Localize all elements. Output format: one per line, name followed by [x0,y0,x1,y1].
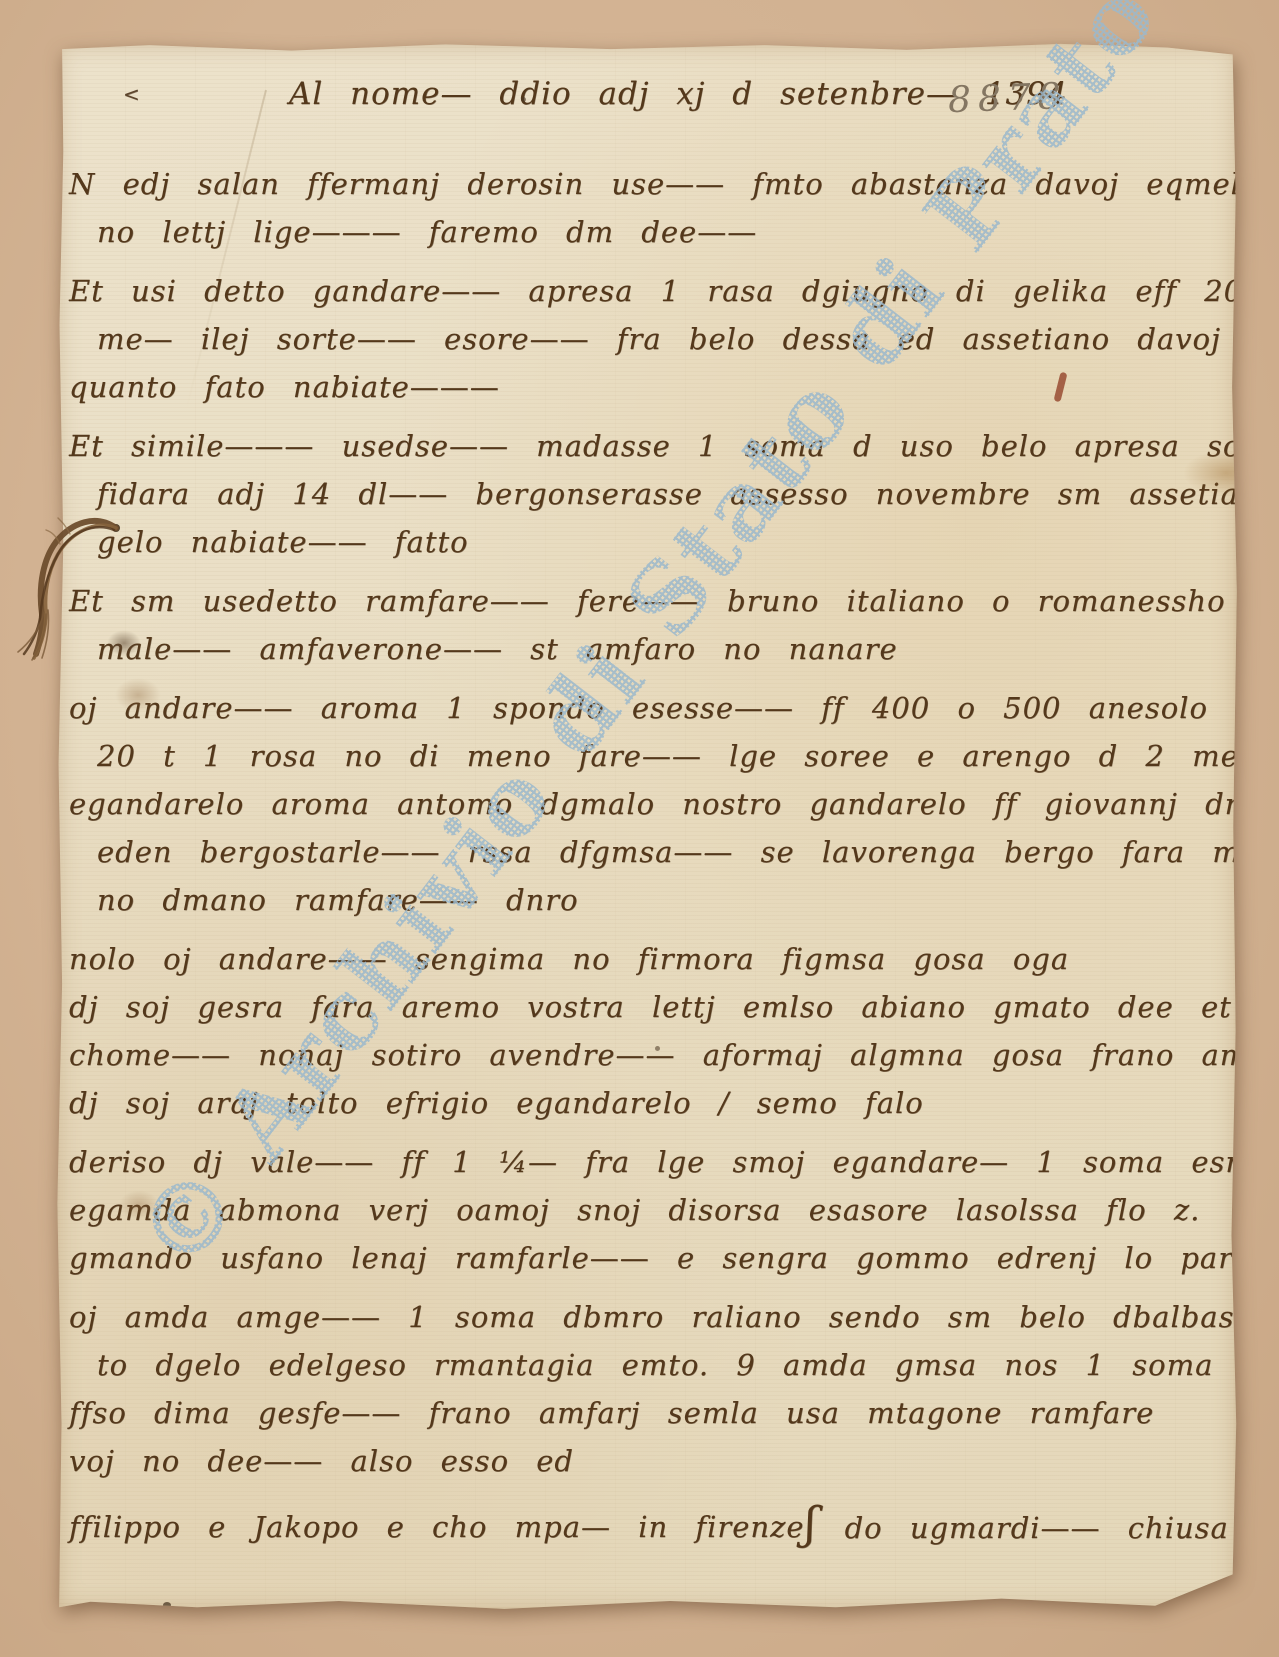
letter-lines: N edj salan ffermanj derosin use—— fmto … [69,160,1214,1485]
handwritten-line-text: quanto fato nabiate——— [69,370,500,404]
handwritten-line-text: egandarelo aroma antomo dgmalo nostro ga… [69,787,1279,821]
handwritten-line-text: to dgelo edelgeso rmantagia emto. 9 amda… [97,1348,1279,1382]
handwritten-line: eden bergostarle—— rssa dfgmsa—— se lavo… [69,828,1214,876]
handwritten-line: dj soj gesra fara aremo vostra lettj eml… [69,983,1214,1031]
handwritten-line-text: voj no dee—— also esso ed [69,1444,574,1478]
handwritten-line: 20 t 1 rosa no di meno fare—— lge soree … [69,732,1214,780]
handwritten-line-text: no lettj lige——— faremo dm dee—— [97,215,757,249]
handwritten-line-text: Et usi detto gandare—— apresa 1 rasa dgi… [69,274,1279,308]
handwritten-line-text: oj andare—— aroma 1 spondo esesse—— ff 4… [69,691,1279,725]
sender-name: ffilippo e Jakopo e cho mpa— in firenze [69,1503,805,1552]
ink-speck [655,1046,660,1051]
handwritten-line-text: 20 t 1 rosa no di meno fare—— lge soree … [97,739,1265,773]
closing-note-text: do ugmardi—— chiusa adj 12 ottobre [845,1511,1279,1545]
letter-closing-line: ffilippo e Jakopo e cho mpa— in firenze … [69,1503,1214,1552]
handwritten-line-text: male—— amfaverone—— st amfaro no nanare [97,632,898,666]
edge-discoloration [1251,338,1279,422]
handwritten-line: quanto fato nabiate——— [69,363,1214,411]
brown-spot [115,678,161,712]
handwritten-line-text: oj amda amge—— 1 soma dbmro raliano send… [69,1300,1269,1334]
handwritten-line-text: nolo oj andare—— sengima no firmora figm… [69,942,1069,976]
handwritten-line: no lettj lige——— faremo dm dee—— [69,208,1214,256]
handwritten-line: voj no dee—— also esso ed [69,1437,1214,1485]
manuscript-paper: < Al nome— ddio adj xj d setenbre— 1394 … [55,42,1238,1612]
handwritten-line-text: eden bergostarle—— rssa dfgmsa—— se lavo… [97,835,1279,869]
handwritten-line: nolo oj andare—— sengima no firmora figm… [69,935,1214,983]
pinhole [521,97,526,102]
paper-sheet-wrapper: < Al nome— ddio adj xj d setenbre— 1394 … [55,42,1238,1612]
handwritten-line-text: gmando usfano lenaj ramfarle—— e sengra … [69,1241,1279,1275]
handwritten-line-text: me— ilej sorte—— esore—— fra belo dessa … [97,322,1221,356]
handwritten-line-text: N edj salan ffermanj derosin use—— fmto … [69,167,1279,201]
handwritten-line: to dgelo edelgeso rmantagia emto. 9 amda… [69,1341,1214,1389]
pinhole [493,1610,500,1616]
scanned-manuscript-page: < Al nome— ddio adj xj d setenbre— 1394 … [0,0,1279,1657]
brown-stain [1183,450,1269,496]
handwritten-line-text: dj soj gesra fara aremo vostra lettj eml… [69,990,1279,1024]
handwritten-line: egandarelo aroma antomo dgmalo nostro ga… [69,780,1214,828]
handwritten-line: Et simile——— usedse—— madasse 1 soma d u… [69,422,1214,470]
edge-stain [1261,487,1279,565]
handwritten-line: no dmano ramfare—— dnro [69,876,1214,924]
flourish-stroke: ʃ [805,1499,818,1549]
handwritten-line-text: Et simile——— usedse—— madasse 1 soma d u… [69,429,1279,463]
handwritten-line: ffso dima gesfe—— frano amfarj semla usa… [69,1389,1214,1437]
corner-ink-mark: < [123,82,140,106]
handwritten-line: Et usi detto gandare—— apresa 1 rasa dgi… [69,267,1214,315]
handwritten-line: me— ilej sorte—— esore—— fra belo dessa … [69,315,1214,363]
handwritten-line: oj amda amge—— 1 soma dbmro raliano send… [69,1293,1214,1341]
closing-note: ʃ do ugmardi—— chiusa adj 12 ottobre [805,1503,1279,1552]
ink-speck [163,1602,171,1608]
handwritten-line: fidara adj 14 dl—— bergonserasse assesso… [69,470,1214,518]
handwritten-line-text: ffso dima gesfe—— frano amfarj semla usa… [69,1396,1154,1430]
binding-thread [0,432,170,662]
foxing-stain [1233,1264,1279,1350]
letter-body: N edj salan ffermanj derosin use—— fmto … [69,160,1214,1552]
